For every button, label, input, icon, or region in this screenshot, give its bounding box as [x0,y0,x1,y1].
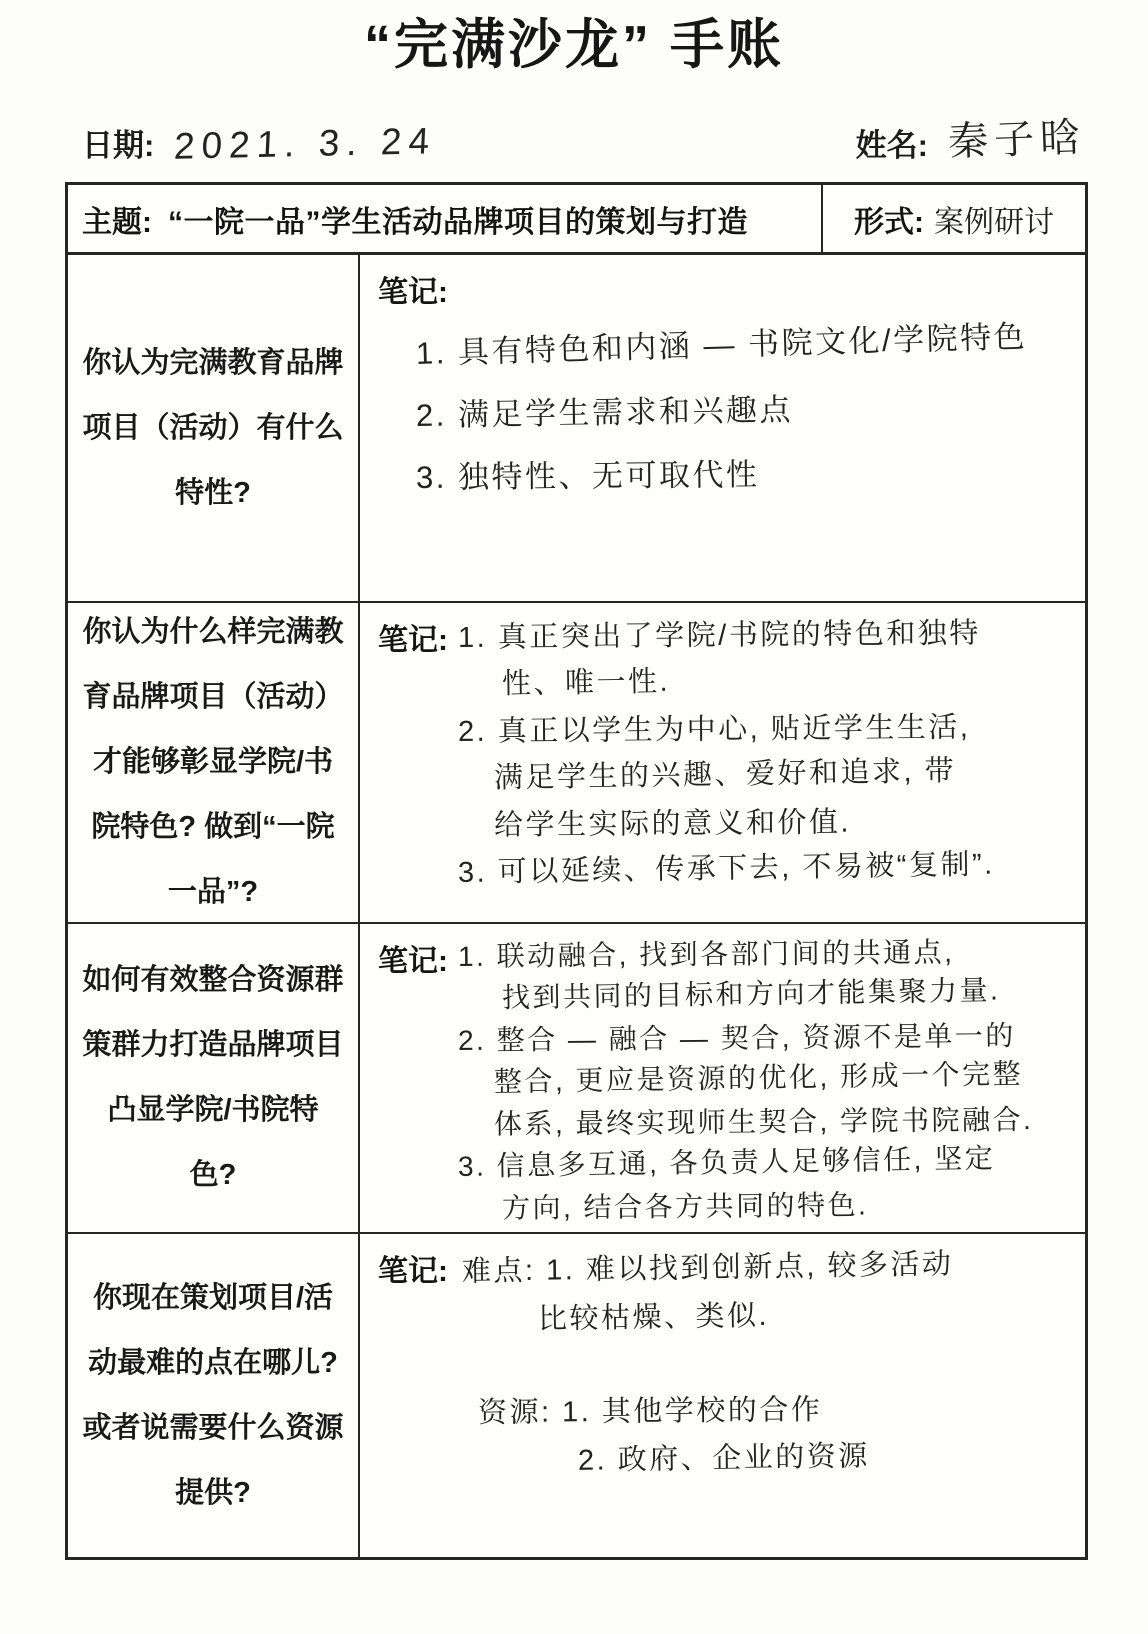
note-line: 满足学生的兴趣、爱好和追求, 带 [458,746,1078,803]
question-line: 如何有效整合资源群 [82,948,343,1013]
notes-label: 笔记: [378,615,448,922]
notes-list: 1. 真正突出了学院/书院的特色和独特 性、唯一性. 2. 真正以学生为中心, … [458,615,1077,922]
notes-cell-4: 笔记: 难点: 1. 难以找到创新点, 较多活动 比较枯燥、类似. 资源: 1.… [360,1234,1085,1557]
note-line: 找到共同的目标和方向才能集聚力量. [458,968,1078,1020]
table-row: 你认为完满教育品牌 项目（活动）有什么 特性? 笔记: 1. 具有特色和内涵 —… [68,255,1085,603]
notes-label: 笔记: [378,267,1077,311]
question-line: 或者说需要什么资源 [82,1396,343,1461]
question-line: 育品牌项目（活动） [82,665,343,730]
note-line: 3. 可以延续、传承下去, 不易被“复制”. [458,840,1078,897]
question-line: 策群力打造品牌项目 [82,1013,343,1078]
question-cell-4: 你现在策划项目/活 动最难的点在哪儿? 或者说需要什么资源 提供? [68,1234,360,1557]
notes-list: 1. 联动融合, 找到各部门间的共通点, 找到共同的目标和方向才能集聚力量. 2… [458,936,1077,1232]
question-cell-3: 如何有效整合资源群 策群力打造品牌项目 凸显学院/书院特 色? [68,924,360,1232]
date-value-handwritten: 2021. 3. 24 [173,120,437,168]
page-title: “完满沙龙” 手账 [0,2,1148,79]
date-label: 日期: [82,120,154,165]
note-line: 3. 信息多互通, 各负责人足够信任, 坚定 [458,1136,1078,1188]
name-value-handwritten: 秦子晗 [947,106,1087,168]
question-line: 特性? [175,461,251,526]
topic-label: 主题: [82,197,152,241]
journal-table: 主题: “一院一品”学生活动品牌项目的策划与打造 形式: 案例研讨 你认为完满教… [65,182,1088,1560]
question-line: 你认为什么样完满教 [82,600,343,665]
notes-cell-2: 笔记: 1. 真正突出了学院/书院的特色和独特 性、唯一性. 2. 真正以学生为… [360,603,1085,922]
note-line: 整合, 更应是资源的优化, 形成一个完整 [458,1052,1078,1104]
question-cell-1: 你认为完满教育品牌 项目（活动）有什么 特性? [68,255,360,601]
notes-label: 笔记: [378,936,448,1232]
format-cell: 形式: 案例研讨 [823,185,1085,252]
question-line: 色? [190,1143,237,1208]
note-line: 比较枯燥、类似. [378,1286,1078,1347]
format-label: 形式: [854,197,924,241]
table-row: 如何有效整合资源群 策群力打造品牌项目 凸显学院/书院特 色? 笔记: 1. 联… [68,924,1085,1234]
name-group: 姓名: 秦子晗 [856,108,1086,165]
question-line: 一品”? [168,860,258,925]
note-line: 性、唯一性. [458,652,1078,709]
name-label: 姓名: [856,120,928,165]
table-header-row: 主题: “一院一品”学生活动品牌项目的策划与打造 形式: 案例研讨 [68,185,1085,255]
question-line: 提供? [175,1461,251,1526]
note-line: 2. 政府、企业的资源 [378,1428,1078,1489]
question-cell-2: 你认为什么样完满教 育品牌项目（活动） 才能够彰显学院/书 院特色? 做到“一院… [68,603,360,922]
topic-value: “一院一品”学生活动品牌项目的策划与打造 [168,197,748,241]
notes-list: 1. 具有特色和内涵 — 书院文化/学院特色 2. 满足学生需求和兴趣点 3. … [378,311,1077,509]
question-line: 院特色? 做到“一院 [91,795,334,860]
question-line: 才能够彰显学院/书 [93,730,333,795]
notes-cell-1: 笔记: 1. 具有特色和内涵 — 书院文化/学院特色 2. 满足学生需求和兴趣点… [360,255,1085,601]
notes-label: 笔记: [378,1246,448,1290]
question-line: 项目（活动）有什么 [82,396,343,461]
table-row: 你认为什么样完满教 育品牌项目（活动） 才能够彰显学院/书 院特色? 做到“一院… [68,603,1085,924]
question-line: 你现在策划项目/活 [93,1266,333,1331]
note-line: 方向, 结合各方共同的特色. [458,1183,1077,1230]
question-line: 动最难的点在哪儿? [88,1331,338,1396]
table-row: 你现在策划项目/活 动最难的点在哪儿? 或者说需要什么资源 提供? 笔记: 难点… [68,1234,1085,1557]
question-line: 凸显学院/书院特 [107,1078,318,1143]
format-value: 案例研讨 [934,197,1054,241]
meta-row: 日期: 2021. 3. 24 姓名: 秦子晗 [82,108,1086,165]
note-line: 1. 具有特色和内涵 — 书院文化/学院特色 [415,305,1077,385]
date-group: 日期: 2021. 3. 24 [82,120,437,165]
notes-cell-3: 笔记: 1. 联动融合, 找到各部门间的共通点, 找到共同的目标和方向才能集聚力… [360,924,1085,1232]
note-line: 2. 满足学生需求和兴趣点 [416,375,1078,447]
question-line: 你认为完满教育品牌 [82,331,343,396]
topic-cell: 主题: “一院一品”学生活动品牌项目的策划与打造 [68,185,823,252]
note-line: 3. 独特性、无可取代性 [416,441,1078,509]
